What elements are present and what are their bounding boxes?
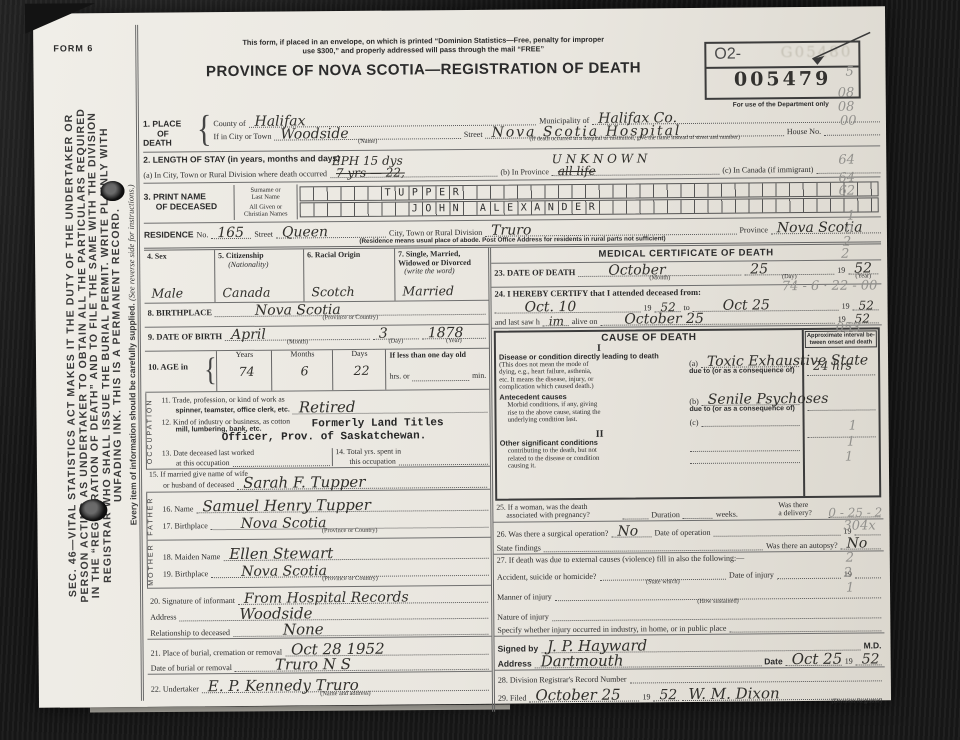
medical-column: MEDICAL CERTIFICATE OF DEATH 23. DATE OF…: [491, 244, 885, 711]
filed-date-field: October 25: [529, 688, 639, 702]
q11-label-1: 11. Trade, profession, or kind of work a…: [161, 395, 284, 404]
form-header: This form, if placed in an envelope, on …: [142, 18, 880, 113]
binder-hole: [79, 499, 107, 521]
signed-date-field: Oct 25: [786, 653, 842, 666]
mother-birthplace-label: 19. Birthplace: [163, 569, 208, 578]
print-name-label: 3. PRINT NAME OF DECEASED: [143, 185, 233, 221]
field-last-worked: 13. Date deceased last worked at this oc…: [162, 448, 332, 468]
dod-label: 23. DATE OF DEATH: [494, 267, 575, 278]
interval-a: 24 hrs: [807, 349, 875, 377]
field-place-of-death: 1. PLACE OF DEATH { County of Halifax Mu…: [143, 107, 880, 152]
name-letter-grids: TUPPER JOHN ALEXANDER: [297, 179, 880, 219]
cause-b-field: Senile Psychoses: [702, 392, 800, 406]
vital-statistics-act-notice: SEC. 46—VITAL STATISTICS ACT MAKES IT TH…: [64, 105, 126, 605]
field-operation: 26. Was there a surgical operation? No D…: [493, 519, 883, 554]
field-industry: 12. Kind of industry or business, as cot…: [162, 413, 488, 450]
department-caption: For use of the Department only: [705, 101, 857, 109]
physician-address-label: Address: [498, 658, 532, 668]
margin-note: 053: [836, 321, 861, 336]
margin-note: 1: [847, 209, 855, 224]
name-sublabels: Surname orLast Name All Given orChristia…: [233, 184, 297, 220]
father-vertical-label: FATHER: [146, 492, 160, 539]
last-saw-alive-field: October 25: [600, 311, 834, 326]
field-spouse: 15. If married give name of wife or husb…: [146, 467, 490, 492]
residence-province-field: Nova Scotia: [771, 220, 881, 234]
fields-4-to-7: 4. Sex Male 5. Citizenship(Nationality) …: [144, 248, 488, 304]
age-less-than-day: If less than one day old hrs. or min.: [385, 349, 489, 390]
county-label: County of: [213, 119, 245, 128]
informant-address-field: Woodside: [179, 606, 488, 622]
antecedent-label: Antecedent causes Morbid conditions, if …: [499, 392, 685, 429]
dob-label: 9. DATE OF BIRTH: [148, 331, 222, 342]
physician-signature-block: Signed by J. P. Hayward M.D. Address Dar…: [494, 633, 884, 670]
name-caption: (Name): [274, 137, 460, 146]
occupation-block: OCCUPATION 11. Trade, profession, or kin…: [145, 390, 490, 470]
margin-note: 1: [847, 435, 855, 450]
attended-to-field: Oct 25: [693, 298, 839, 312]
father-block: FATHER 16. Name Samuel Henry Tupper 17. …: [146, 490, 490, 541]
age-months: Months 6: [271, 350, 332, 391]
physician-address-field: Dartmouth: [535, 653, 762, 668]
stay-a-field: 7 yrs — 22, EPH 15 dys: [330, 164, 498, 178]
residence-street-label: Street: [254, 230, 273, 239]
margin-note: 2: [846, 551, 854, 566]
field-citizenship: 5. Citizenship(Nationality) Canada: [215, 249, 304, 302]
street-field: Nova Scotia Hospital (If death occurred …: [485, 123, 783, 139]
informant-relationship-field: None: [233, 622, 489, 637]
operation-label: 26. Was there a surgical operation?: [497, 529, 609, 539]
interval-c: [807, 411, 875, 439]
age-label: 10. AGE in: [145, 351, 204, 392]
pencil-id-number: 74 - 6 · 22 - 00: [782, 278, 878, 294]
left-margin-notice: SEC. 46—VITAL STATISTICS ACT MAKES IT TH…: [64, 105, 140, 606]
field-date-of-birth: 9. DATE OF BIRTH April (Month) 3 (Day) 1…: [145, 325, 489, 352]
mother-block: MOTHER 18. Maiden Name Ellen Stewart 19.…: [147, 538, 491, 589]
field-burial: 21. Place of burial, cremation or remova…: [147, 637, 491, 675]
city-town-label: If in City or Town: [213, 132, 271, 142]
residence-no-field: 165: [211, 226, 251, 239]
stay-b-field: all life U N K N O W N: [552, 162, 720, 176]
field-external-causes: 27. If death was due to external causes …: [494, 551, 885, 636]
cause-of-death-box: CAUSE OF DEATH I Disease or condition di…: [494, 327, 881, 500]
mother-name-label: 18. Maiden Name: [163, 552, 221, 562]
torn-corner: [25, 3, 95, 34]
residence-street-field: Queen: [276, 225, 386, 239]
form-number: FORM 6: [53, 43, 93, 53]
field-years-occupation: 14. Total yrs. spent in this occupation: [331, 447, 488, 467]
dob-year-field: 1878 (Year): [422, 326, 486, 340]
residence-city-field: Truro: [485, 222, 736, 237]
stay-a-label: (a) In City, Town or Rural Division wher…: [143, 169, 327, 180]
residence-label: RESIDENCE: [144, 229, 194, 239]
burial-date-field: Truro N S: [235, 657, 489, 672]
informant-label: 20. Signature of informant: [150, 596, 235, 606]
dod-year-field: 52 (Year): [848, 261, 878, 274]
record-number-label: 28. Division Registrar's Record Number: [498, 674, 627, 684]
interval-b: [807, 376, 875, 412]
dob-day-field: 3 (Day): [373, 326, 419, 339]
field-sex: 4. Sex Male: [144, 250, 215, 303]
margin-note: 1: [846, 581, 854, 596]
mother-birthplace-field: Nova Scotia (Province or Country): [211, 563, 489, 578]
father-birthplace-label: 17. Birthplace: [162, 521, 207, 530]
industry-typed-2: Officer, Prov. of Saskatchewan.: [222, 430, 427, 444]
mother-vertical-label: MOTHER: [147, 540, 161, 587]
margin-note: 1: [849, 419, 857, 434]
margin-note: 08: [838, 86, 855, 101]
birthplace-label: 8. BIRTHPLACE: [148, 307, 212, 318]
birthplace-field: Nova Scotia (Province or Country): [215, 302, 486, 317]
field-print-name: 3. PRINT NAME OF DECEASED Surname orLast…: [143, 179, 880, 223]
father-name-label: 16. Name: [162, 504, 193, 513]
occupation-vertical-label: OCCUPATION: [145, 393, 160, 470]
desk-background: FORM 6 SEC. 46—VITAL STATISTICS ACT MAKE…: [0, 0, 960, 740]
mail-notice: This form, if placed in an envelope, on …: [142, 34, 704, 57]
brace: {: [204, 346, 217, 396]
cause-a-field: Toxic Exhaustive State: [701, 354, 799, 368]
margin-note: 2: [841, 247, 849, 262]
field-racial-origin: 6. Racial Origin Scotch: [304, 249, 395, 302]
lead-condition-label: Disease or condition directly leading to…: [499, 352, 685, 391]
autopsy-field: No: [841, 536, 881, 549]
spouse-field: Sarah F. Tupper: [237, 475, 487, 490]
stay-b-label: (b) In Province: [500, 167, 549, 176]
brace: {: [197, 111, 212, 154]
margin-note: 5: [845, 65, 853, 80]
informant-field: From Hospital Records: [238, 590, 488, 605]
field-age: 10. AGE in { Years 74 Months 6: [145, 349, 489, 393]
margin-note: 00: [840, 114, 857, 129]
residence-no-label: No.: [196, 230, 208, 239]
street-caption: (If death occurred in a hospital or inst…: [486, 134, 784, 143]
informant-relationship-label: Relationship to deceased: [150, 628, 230, 638]
filed-label: 29. Filed: [498, 693, 527, 702]
signed-by-label: Signed by: [498, 643, 539, 653]
field-length-of-stay: 2. LENGTH OF STAY (in years, months and …: [143, 146, 880, 183]
cause-title: CAUSE OF DEATH: [499, 331, 799, 345]
specify-injury-label: Specify whether injury occurred in indus…: [497, 624, 726, 635]
header-text: This form, if placed in an envelope, on …: [142, 24, 705, 114]
field-birthplace: 8. BIRTHPLACE Nova Scotia (Province or C…: [145, 301, 489, 328]
dob-month-field: April (Month): [225, 327, 370, 341]
margin-note: 1: [845, 450, 853, 465]
undertaker-field: E. P. Kennedy Truro (Name and address): [202, 678, 489, 694]
death-registration-form: FORM 6 SEC. 46—VITAL STATISTICS ACT MAKE…: [33, 6, 891, 707]
field-marital-status: 7. Single, Married,Widowed or Divorced(w…: [395, 248, 488, 301]
age-days: Days 22: [332, 350, 385, 390]
registrar-signature-field: W. M. Dixon (Division Registrar): [682, 686, 882, 701]
field-informant: 20. Signature of informant From Hospital…: [147, 586, 491, 640]
pen-arrow: [796, 28, 876, 73]
personal-column: 4. Sex Male 5. Citizenship(Nationality) …: [144, 248, 495, 715]
industry-typed-1: Formerly Land Titles: [312, 417, 444, 430]
province-country-caption: (Province or Country): [215, 313, 486, 322]
street-label: Street: [464, 130, 483, 139]
burial-place-label: 21. Place of burial, cremation or remova…: [151, 647, 283, 657]
dod-month-field: October (Month): [578, 263, 741, 277]
city-town-field: Woodside (Name): [274, 126, 461, 141]
father-birthplace-field: Nova Scotia (Province or Country): [211, 515, 489, 530]
burial-date-label: Date of burial or removal: [151, 663, 232, 673]
age-years: Years 74: [216, 351, 271, 391]
field-undertaker: 22. Undertaker E. P. Kennedy Truro (Name…: [148, 672, 492, 703]
dod-day-field: 25 (Day): [744, 262, 834, 276]
interval-column: Approximate interval be- tween onset and…: [802, 329, 879, 496]
field-certify: 74 - 6 · 22 - 00 24. I HEREBY CERTIFY th…: [491, 284, 881, 328]
informant-address-label: Address: [150, 612, 176, 621]
undertaker-label: 22. Undertaker: [151, 684, 199, 693]
stay-c-label: (c) In Canada (if immigrant): [722, 165, 813, 175]
margin-note: 62: [839, 184, 856, 199]
operation-field: No: [611, 524, 651, 537]
mother-name-field: Ellen Stewart: [223, 546, 489, 561]
form-body: This form, if placed in an envelope, on …: [135, 18, 885, 700]
page-title: PROVINCE OF NOVA SCOTIA—REGISTRATION OF …: [142, 59, 704, 81]
margin-note: 304x: [843, 518, 875, 533]
other-conditions-label: Other significant conditions contributin…: [500, 438, 686, 470]
delivery-field: 0 - 25 - 2: [828, 504, 880, 517]
place-label: 1. PLACE OF DEATH: [143, 115, 195, 149]
registrar-block: 28. Division Registrar's Record Number 2…: [495, 667, 885, 711]
father-name-field: Samuel Henry Tupper: [196, 498, 488, 514]
residence-province-label: Province: [739, 225, 768, 234]
house-no-label: House No.: [787, 127, 821, 136]
attended-from-field: Oct. 10: [495, 299, 641, 313]
form-columns: 4. Sex Male 5. Citizenship(Nationality) …: [144, 244, 885, 714]
margin-note: 2: [844, 566, 852, 581]
margin-note: 08: [838, 100, 855, 115]
binder-hole: [100, 181, 124, 201]
margin-note: 64: [838, 153, 855, 168]
cause-c-field: [701, 413, 799, 427]
